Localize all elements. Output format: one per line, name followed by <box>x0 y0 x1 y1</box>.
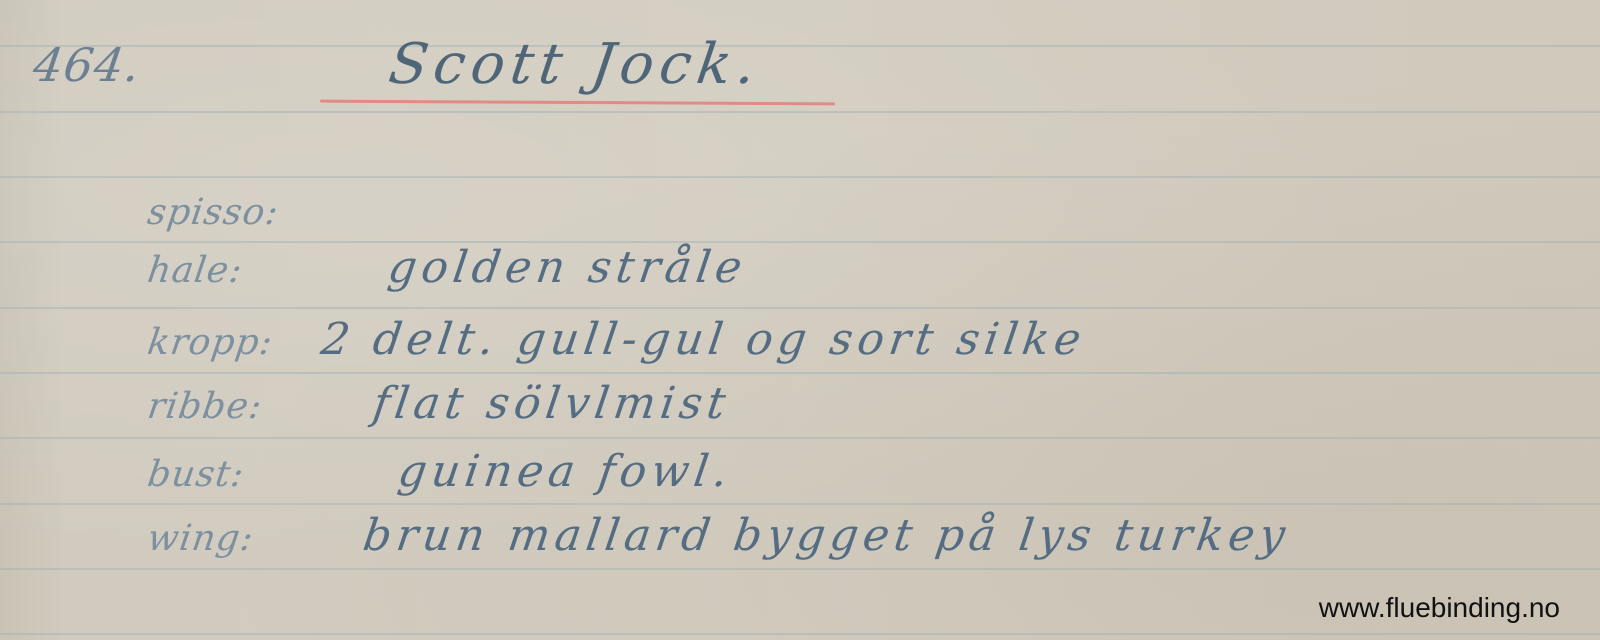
field-label-wing: wing: <box>145 518 256 559</box>
ruled-line <box>0 241 1600 243</box>
ruled-line <box>0 45 1600 47</box>
ruled-line <box>0 633 1600 635</box>
field-value-wing: brun mallard bygget på lys turkey <box>360 510 1293 561</box>
ruled-line <box>0 503 1600 505</box>
ruled-line <box>0 307 1600 309</box>
ruled-line <box>0 111 1600 113</box>
ruled-line <box>0 176 1600 178</box>
ledger-page: 464. Scott Jock. spisso: hale: golden st… <box>0 0 1600 640</box>
field-value-bust: guinea fowl. <box>395 446 736 497</box>
field-label-hale: hale: <box>145 250 245 291</box>
field-label-ribbe: ribbe: <box>145 386 265 427</box>
watermark-link[interactable]: www.fluebinding.no <box>1319 592 1560 624</box>
title-underline <box>320 100 835 106</box>
recipe-title: Scott Jock. <box>385 32 766 97</box>
field-label-kropp: kropp: <box>145 322 276 363</box>
field-value-kropp: 2 delt. gull-gul og sort silke <box>318 314 1089 365</box>
ruled-line <box>0 568 1600 570</box>
ruled-line <box>0 437 1600 439</box>
field-label-spisso: spisso: <box>145 192 282 233</box>
ruled-line <box>0 372 1600 374</box>
entry-number: 464. <box>30 38 144 92</box>
field-label-bust: bust: <box>145 454 247 495</box>
field-value-hale: golden stråle <box>385 242 750 293</box>
field-value-ribbe: flat sölvlmist <box>370 378 734 429</box>
